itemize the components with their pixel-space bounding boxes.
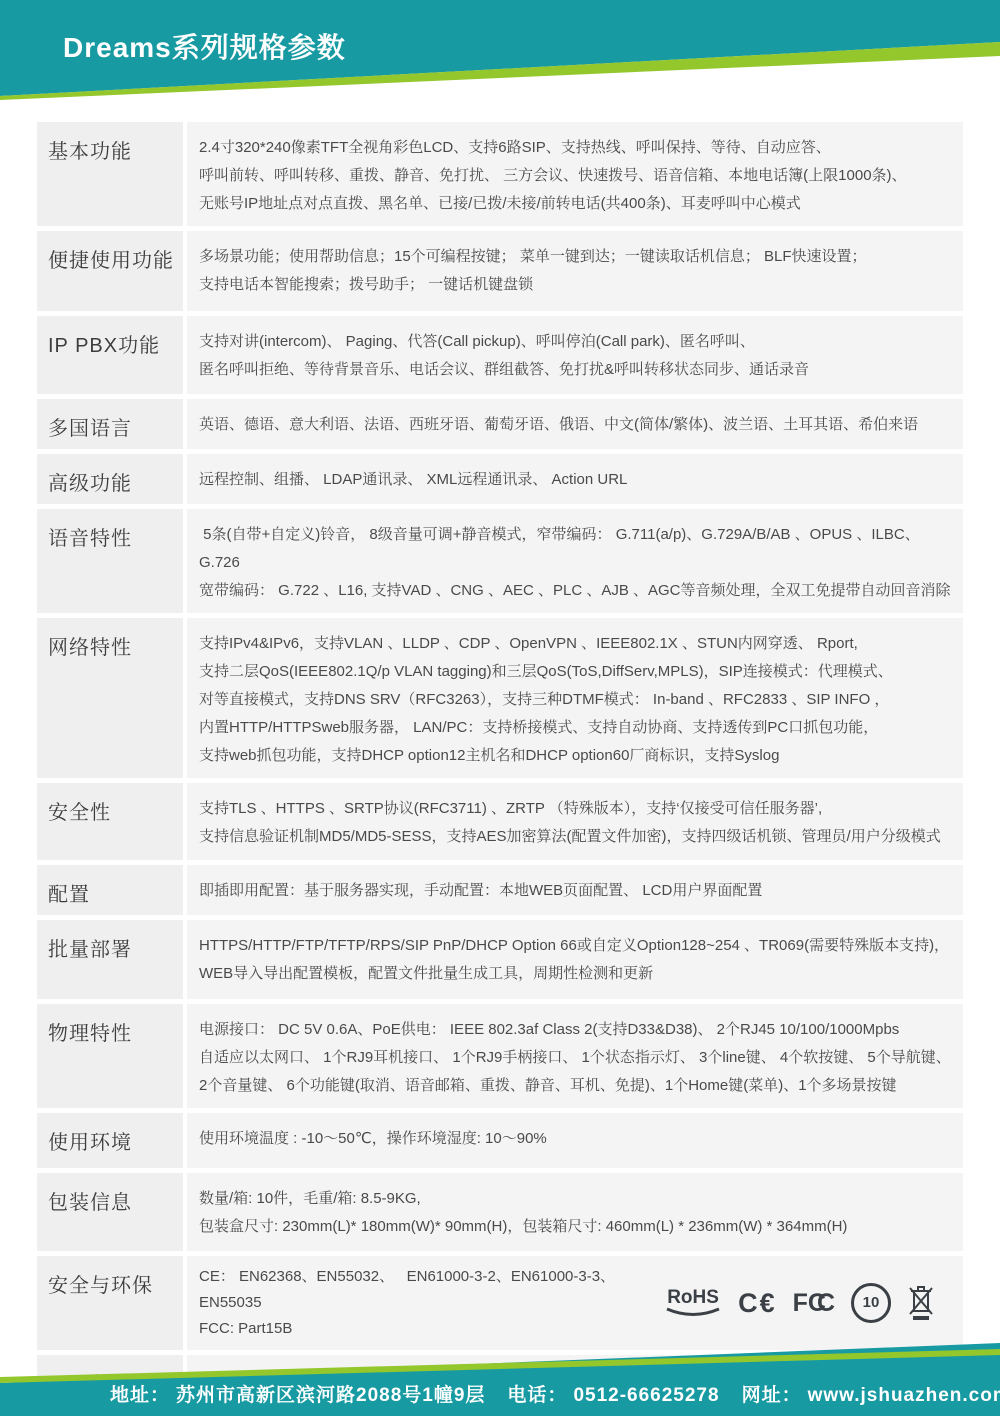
spec-row-security: 安全性 支持TLS 、HTTPS 、SRTP协议(RFC3711) 、ZRTP … xyxy=(37,783,963,860)
spec-row-environment: 使用环境 使用环境温度 : -10～50℃，操作环境湿度: 10～90% xyxy=(37,1113,963,1168)
phone-label: 电话： xyxy=(507,1385,567,1406)
certification-icons: RoHS C€ FCC 10 xyxy=(664,1283,953,1323)
spec-row-label: 语音特性 xyxy=(37,509,183,613)
china-rohs-10-icon: 10 xyxy=(851,1283,891,1323)
certification-standards-text: CE： EN62368、EN55032、 EN61000-3-2、EN61000… xyxy=(199,1264,664,1342)
spec-row-content: HTTPS/HTTP/FTP/TFTP/RPS/SIP PnP/DHCP Opt… xyxy=(187,920,963,999)
spec-row-languages: 多国语言 英语、德语、意大利语、法语、西班牙语、葡萄牙语、俄语、中文(简体/繁体… xyxy=(37,399,963,449)
spec-row-label: 基本功能 xyxy=(37,122,183,226)
spec-row-network-features: 网络特性 支持IPv4&IPv6，支持VLAN 、LLDP 、CDP 、Open… xyxy=(37,618,963,778)
spec-row-label: 配置 xyxy=(37,865,183,915)
footer-contact-info: 地址：苏州市高新区滨河路2088号1幢9层电话：0512-66625278网址：… xyxy=(110,1380,990,1407)
spec-row-label: 网络特性 xyxy=(37,618,183,778)
spec-row-label: 便捷使用功能 xyxy=(37,231,183,311)
spec-row-packaging-info: 包装信息 数量/箱: 10件，毛重/箱: 8.5-9KG, 包装盒尺寸: 230… xyxy=(37,1173,963,1251)
spec-row-content: 远程控制、组播、 LDAP通讯录、 XML远程通讯录、 Action URL xyxy=(187,454,963,504)
spec-row-configuration: 配置 即插即用配置：基于服务器实现，手动配置：本地WEB页面配置、 LCD用户界… xyxy=(37,865,963,915)
spec-row-physical-features: 物理特性 电源接口： DC 5V 0.6A、PoE供电： IEEE 802.3a… xyxy=(37,1004,963,1108)
spec-table: 基本功能 2.4寸320*240像素TFT全视角彩色LCD、支持6路SIP、支持… xyxy=(37,122,963,1410)
spec-row-content: 支持对讲(intercom)、 Paging、代答(Call pickup)、呼… xyxy=(187,316,963,394)
spec-row-content: 电源接口： DC 5V 0.6A、PoE供电： IEEE 802.3af Cla… xyxy=(187,1004,963,1108)
page-footer: 地址：苏州市高新区滨河路2088号1幢9层电话：0512-66625278网址：… xyxy=(0,1338,1000,1416)
fcc-icon: FCC xyxy=(793,1288,835,1318)
spec-row-label: 多国语言 xyxy=(37,399,183,449)
page-title: Dreams系列规格参数 xyxy=(63,26,346,66)
spec-row-basic-functions: 基本功能 2.4寸320*240像素TFT全视角彩色LCD、支持6路SIP、支持… xyxy=(37,122,963,226)
rohs-icon: RoHS xyxy=(664,1289,722,1317)
spec-row-label: 安全性 xyxy=(37,783,183,860)
website-label: 网址： xyxy=(742,1385,802,1406)
rohs-swoosh xyxy=(664,1307,722,1317)
spec-row-label: 使用环境 xyxy=(37,1113,183,1168)
spec-row-content: 5条(自带+自定义)铃音， 8级音量可调+静音模式，窄带编码： G.711(a/… xyxy=(187,509,963,613)
spec-row-safety-certifications: 安全与环保 CE： EN62368、EN55032、 EN61000-3-2、E… xyxy=(37,1256,963,1350)
spec-row-content: 英语、德语、意大利语、法语、西班牙语、葡萄牙语、俄语、中文(简体/繁体)、波兰语… xyxy=(187,399,963,449)
spec-row-label: 批量部署 xyxy=(37,920,183,999)
spec-row-label: 高级功能 xyxy=(37,454,183,504)
spec-row-label: 物理特性 xyxy=(37,1004,183,1108)
spec-row-content: 使用环境温度 : -10～50℃，操作环境湿度: 10～90% xyxy=(187,1113,963,1168)
ce-icon: C€ xyxy=(738,1288,777,1318)
spec-row-content: 支持TLS 、HTTPS 、SRTP协议(RFC3711) 、ZRTP （特殊版… xyxy=(187,783,963,860)
address-label: 地址： xyxy=(110,1385,170,1406)
spec-row-voice-features: 语音特性 5条(自带+自定义)铃音， 8级音量可调+静音模式，窄带编码： G.7… xyxy=(37,509,963,613)
phone-value: 0512-66625278 xyxy=(573,1385,719,1406)
spec-row-ip-pbx-functions: IP PBX功能 支持对讲(intercom)、 Paging、代答(Call … xyxy=(37,316,963,394)
spec-row-bulk-deployment: 批量部署 HTTPS/HTTP/FTP/TFTP/RPS/SIP PnP/DHC… xyxy=(37,920,963,999)
spec-row-content: 支持IPv4&IPv6，支持VLAN 、LLDP 、CDP 、OpenVPN 、… xyxy=(187,618,963,778)
spec-row-content: 多场景功能；使用帮助信息；15个可编程按键； 菜单一键到达；一键读取话机信息； … xyxy=(187,231,963,311)
spec-row-convenient-functions: 便捷使用功能 多场景功能；使用帮助信息；15个可编程按键； 菜单一键到达；一键读… xyxy=(37,231,963,311)
website-value: www.jshuazhen.com xyxy=(808,1385,1000,1406)
weee-bin-icon xyxy=(907,1285,935,1321)
spec-row-content: CE： EN62368、EN55032、 EN61000-3-2、EN61000… xyxy=(187,1256,963,1350)
spec-row-label: 包装信息 xyxy=(37,1173,183,1251)
spec-row-advanced-functions: 高级功能 远程控制、组播、 LDAP通讯录、 XML远程通讯录、 Action … xyxy=(37,454,963,504)
spec-row-content: 2.4寸320*240像素TFT全视角彩色LCD、支持6路SIP、支持热线、呼叫… xyxy=(187,122,963,226)
spec-row-label: 安全与环保 xyxy=(37,1256,183,1350)
spec-row-label: IP PBX功能 xyxy=(37,316,183,394)
spec-row-content: 数量/箱: 10件，毛重/箱: 8.5-9KG, 包装盒尺寸: 230mm(L)… xyxy=(187,1173,963,1251)
address-value: 苏州市高新区滨河路2088号1幢9层 xyxy=(176,1385,485,1406)
spec-row-content: 即插即用配置：基于服务器实现，手动配置：本地WEB页面配置、 LCD用户界面配置 xyxy=(187,865,963,915)
page-header: Dreams系列规格参数 xyxy=(0,0,1000,112)
